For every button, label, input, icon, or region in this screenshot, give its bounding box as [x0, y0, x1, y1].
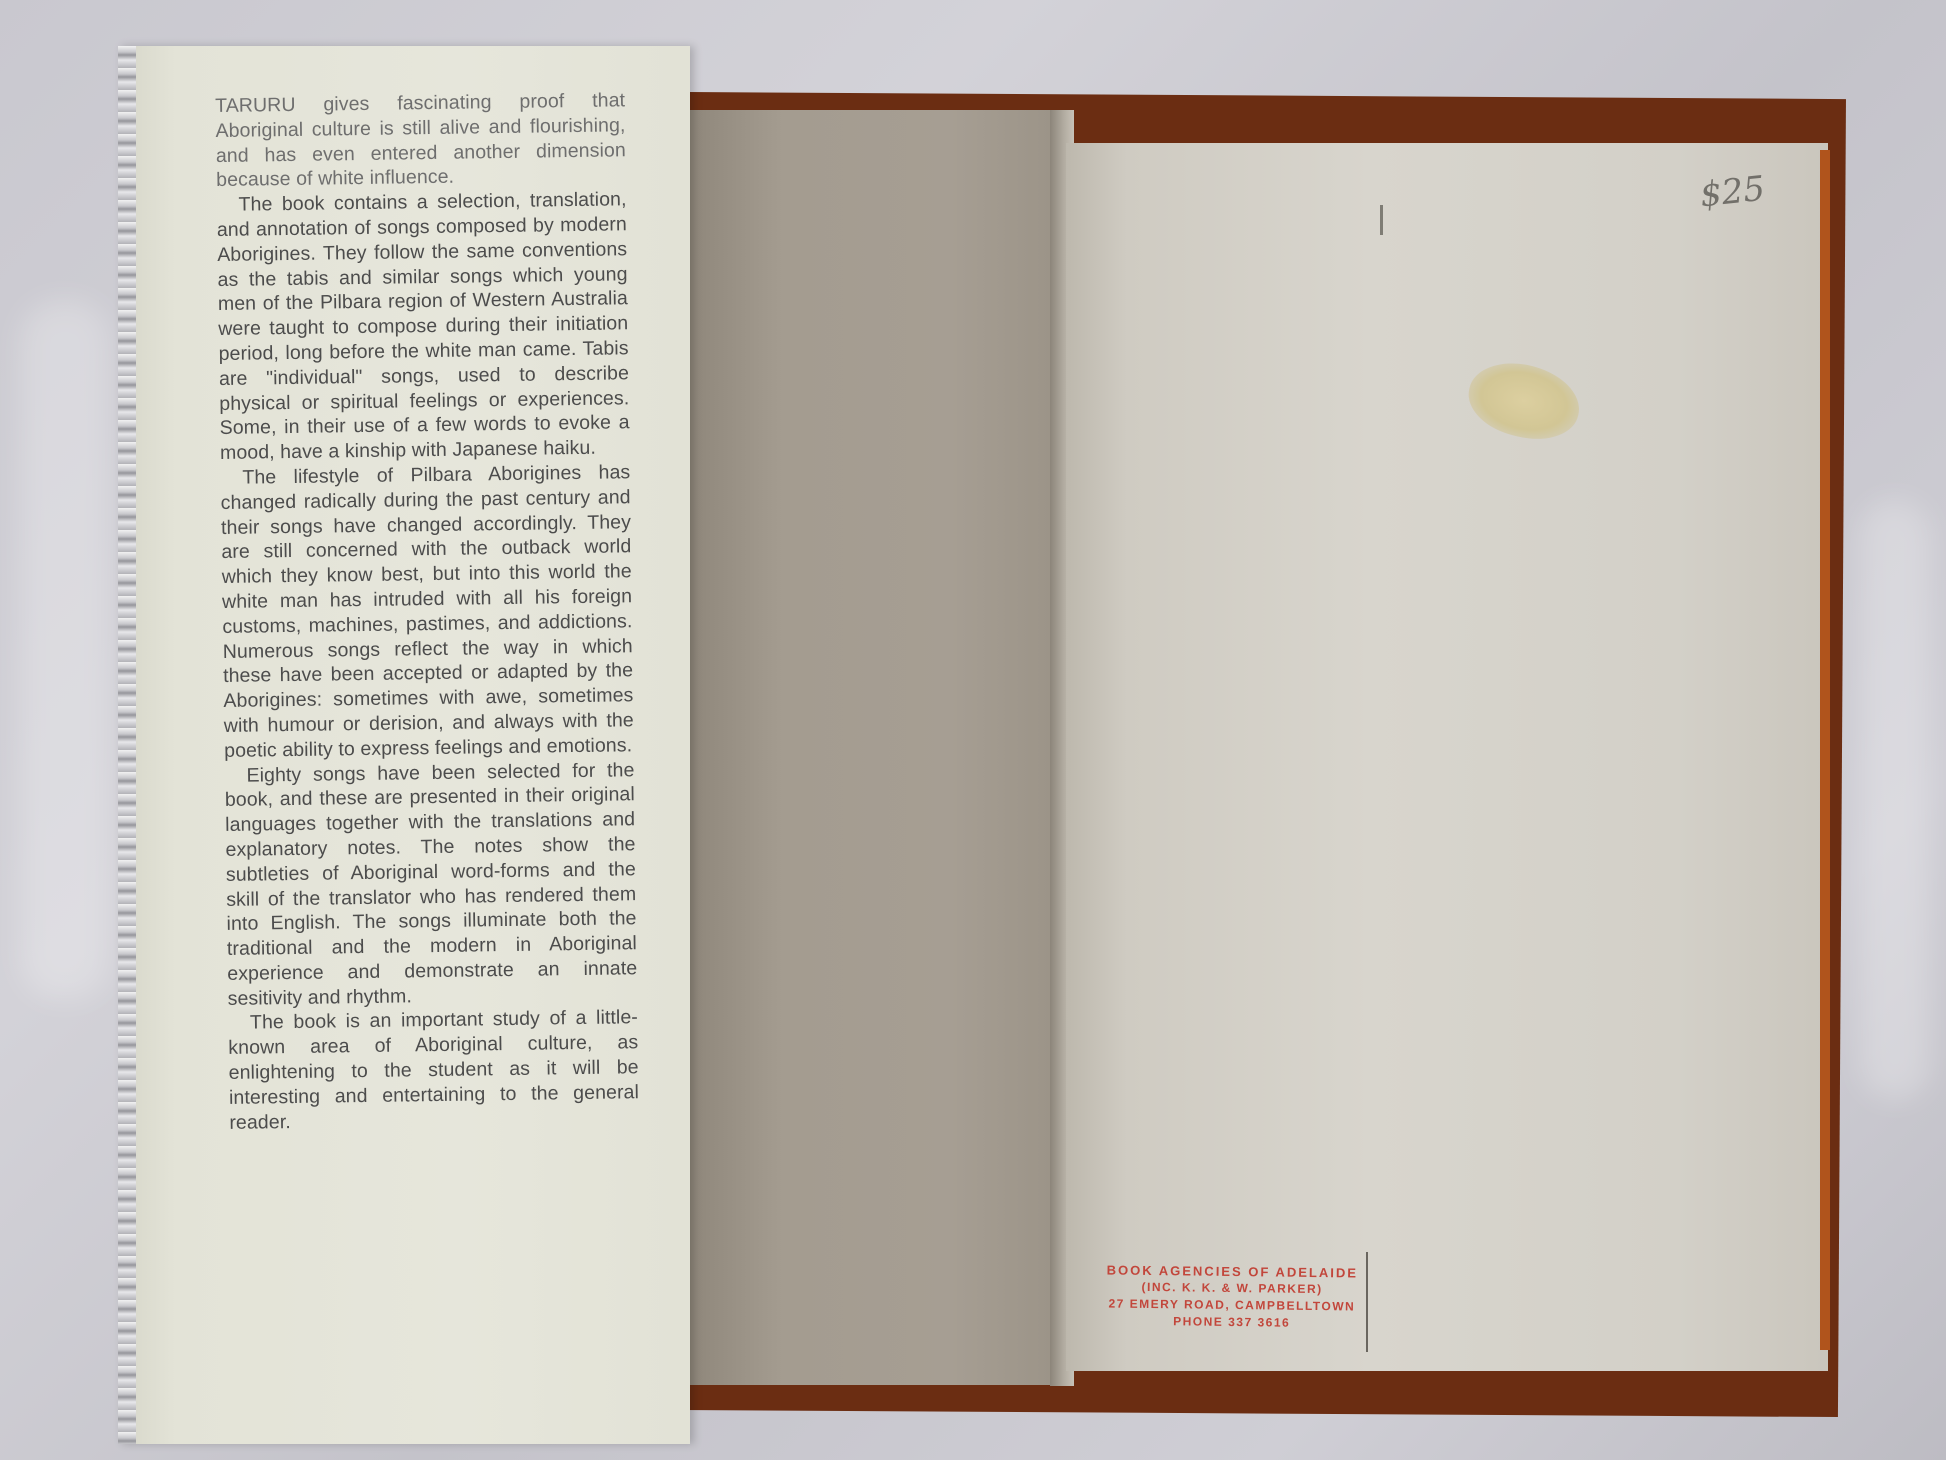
right-endpaper-page — [1066, 143, 1828, 1371]
cover-edge-right — [1820, 150, 1830, 1350]
blurb-paragraph: The book is an important study of a litt… — [228, 1006, 640, 1136]
sheet-fold — [20, 300, 110, 1000]
jacket-fold-edge — [118, 46, 136, 1444]
jacket-blurb: TARURU gives fascinating proof that Abor… — [215, 88, 640, 1135]
left-endpaper — [690, 110, 1062, 1385]
pencil-price: $25 — [1698, 169, 1767, 216]
blurb-paragraph: TARURU gives fascinating proof that Abor… — [215, 88, 626, 193]
blurb-paragraph: The lifestyle of Pilbara Aborigines has … — [220, 460, 634, 763]
blurb-paragraph: The book contains a selection, translati… — [216, 187, 630, 465]
blurb-paragraph: Eighty songs have been selected for the … — [224, 758, 637, 1012]
sheet-fold — [1860, 500, 1930, 1100]
bookseller-stamp: BOOK AGENCIES OF ADELAIDE (INC. K. K. & … — [1082, 1261, 1383, 1333]
stamp-line-3: 27 EMERY ROAD, CAMPBELLTOWN — [1082, 1295, 1382, 1316]
stamp-line-1: BOOK AGENCIES OF ADELAIDE — [1082, 1261, 1382, 1282]
pencil-mark — [1380, 205, 1383, 235]
